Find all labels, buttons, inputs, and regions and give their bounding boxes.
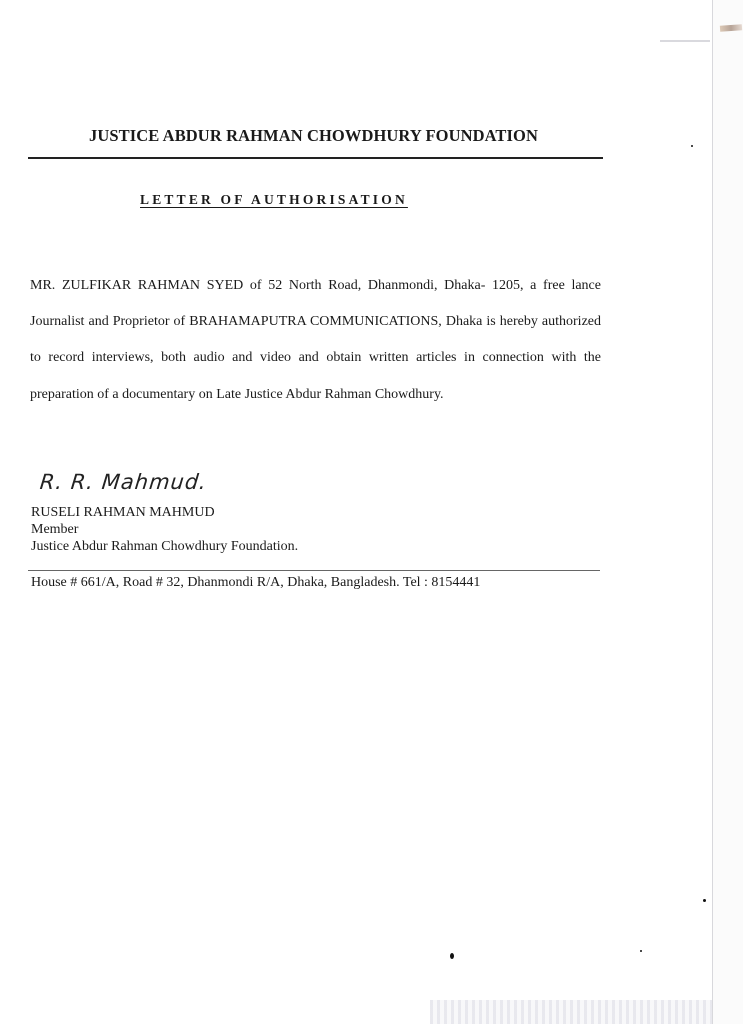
authorization-paragraph: MR. ZULFIKAR RAHMAN SYED of 52 North Roa… [30,268,601,413]
scan-artifact [430,1000,712,1024]
signatory-organization: Justice Abdur Rahman Chowdhury Foundatio… [31,538,298,555]
speck [703,899,706,902]
footer-address: House # 661/A, Road # 32, Dhanmondi R/A,… [31,575,480,591]
speck [691,145,693,147]
header-divider [28,157,603,159]
document-title: LETTER OF AUTHORISATION [140,192,408,208]
footer-divider [28,570,600,571]
handwritten-signature: R. R. Mahmud. [39,470,208,494]
page-edge [712,0,713,1024]
signatory-name: RUSELI RAHMAN MAHMUD [31,504,298,521]
scan-artifact [660,40,710,42]
signatory-designation: Member [31,521,298,538]
scan-margin [713,0,743,1024]
speck [450,953,454,959]
signatory-block: RUSELI RAHMAN MAHMUD Member Justice Abdu… [31,504,298,555]
letter-body: MR. ZULFIKAR RAHMAN SYED of 52 North Roa… [30,268,601,413]
organization-heading: JUSTICE ABDUR RAHMAN CHOWDHURY FOUNDATIO… [0,126,627,146]
speck [640,950,642,952]
